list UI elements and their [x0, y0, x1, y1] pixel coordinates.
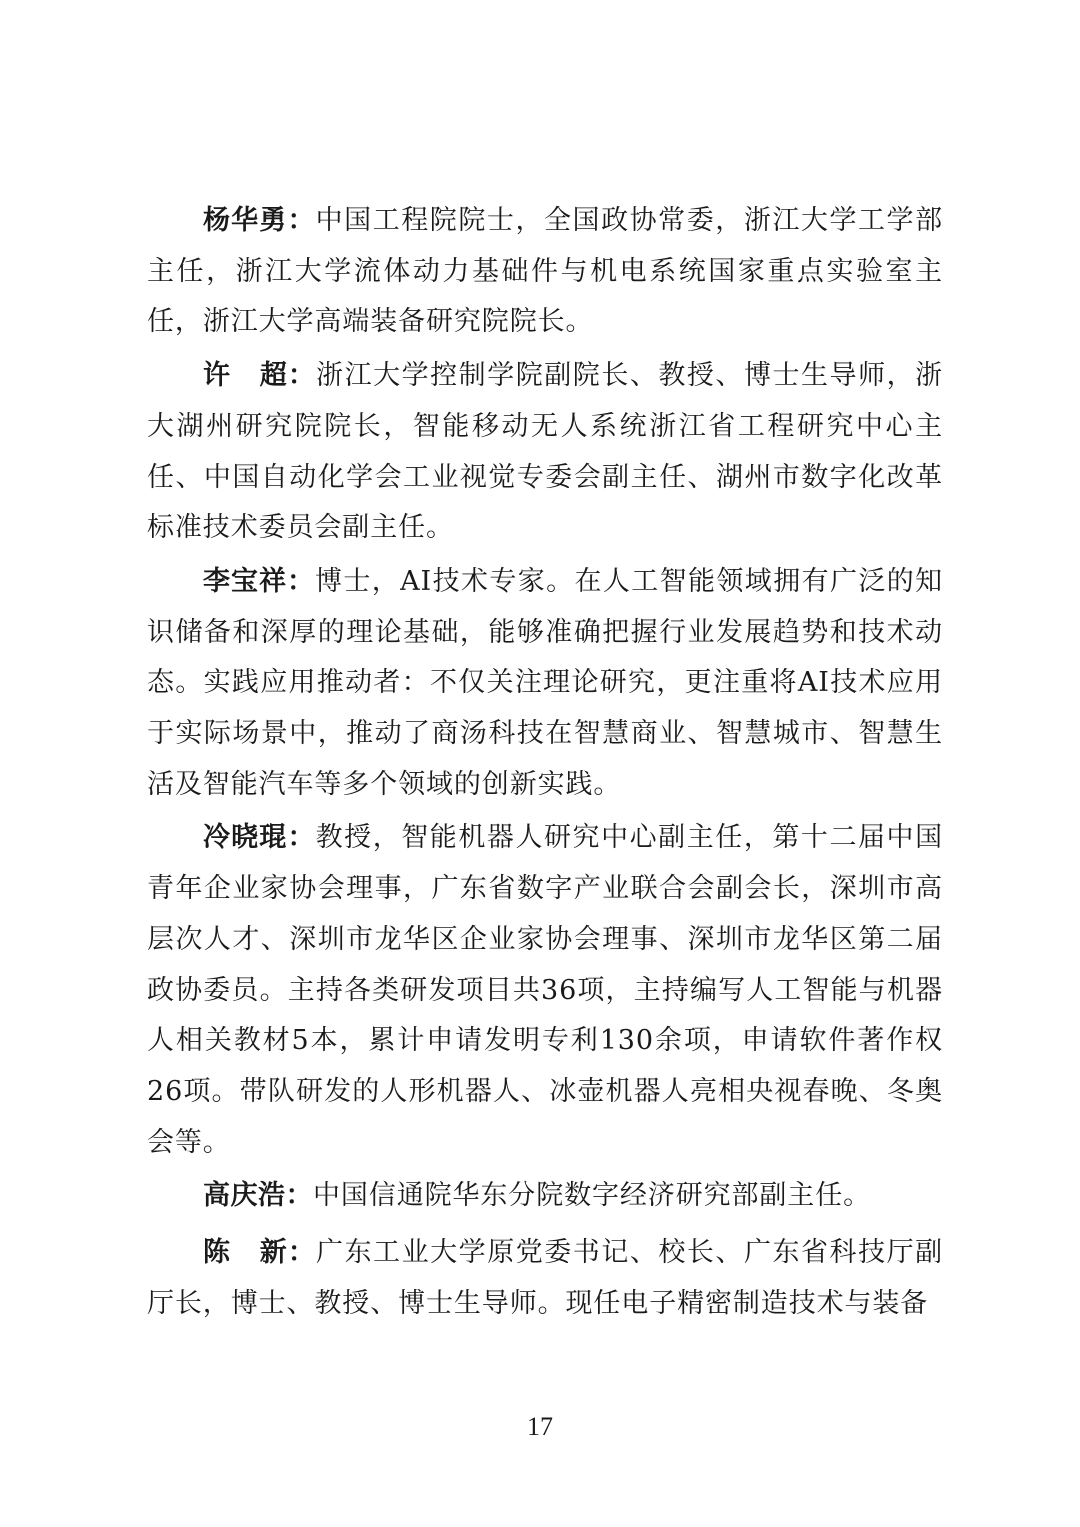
person-name: 杨华勇： — [203, 205, 316, 236]
bio-paragraph-chen-xin: 陈新：广东工业大学原党委书记、校长、广东省科技厅副厅长，博士、教授、博士生导师。… — [147, 1228, 943, 1329]
bio-paragraph-yang-huayong: 杨华勇：中国工程院院士，全国政协常委，浙江大学工学部主任，浙江大学流体动力基础件… — [147, 196, 943, 348]
bio-paragraph-li-baoxiang: 李宝祥：博士，AI技术专家。在人工智能领域拥有广泛的知识储备和深厚的理论基础，能… — [147, 557, 943, 811]
person-name: 冷晓琨： — [203, 822, 316, 853]
person-name: 陈新： — [203, 1237, 316, 1268]
bio-text: 中国信通院华东分院数字经济研究部副主任。 — [313, 1180, 871, 1211]
document-page: 杨华勇：中国工程院院士，全国政协常委，浙江大学工学部主任，浙江大学流体动力基础件… — [147, 196, 943, 1329]
bio-text: 博士，AI技术专家。在人工智能领域拥有广泛的知识储备和深厚的理论基础，能够准确把… — [147, 566, 943, 800]
bio-text: 教授，智能机器人研究中心副主任，第十二届中国青年企业家协会理事，广东省数字产业联… — [147, 822, 943, 1157]
bio-paragraph-gao-qinghao: 高庆浩：中国信通院华东分院数字经济研究部副主任。 — [147, 1171, 943, 1222]
person-name: 许超： — [203, 360, 316, 391]
person-name: 高庆浩： — [203, 1180, 313, 1211]
page-number: 17 — [0, 1412, 1080, 1442]
bio-paragraph-xu-chao: 许超：浙江大学控制学院副院长、教授、博士生导师，浙大湖州研究院院长，智能移动无人… — [147, 351, 943, 554]
bio-paragraph-leng-xiaokun: 冷晓琨：教授，智能机器人研究中心副主任，第十二届中国青年企业家协会理事，广东省数… — [147, 813, 943, 1168]
person-name: 李宝祥： — [203, 566, 315, 597]
